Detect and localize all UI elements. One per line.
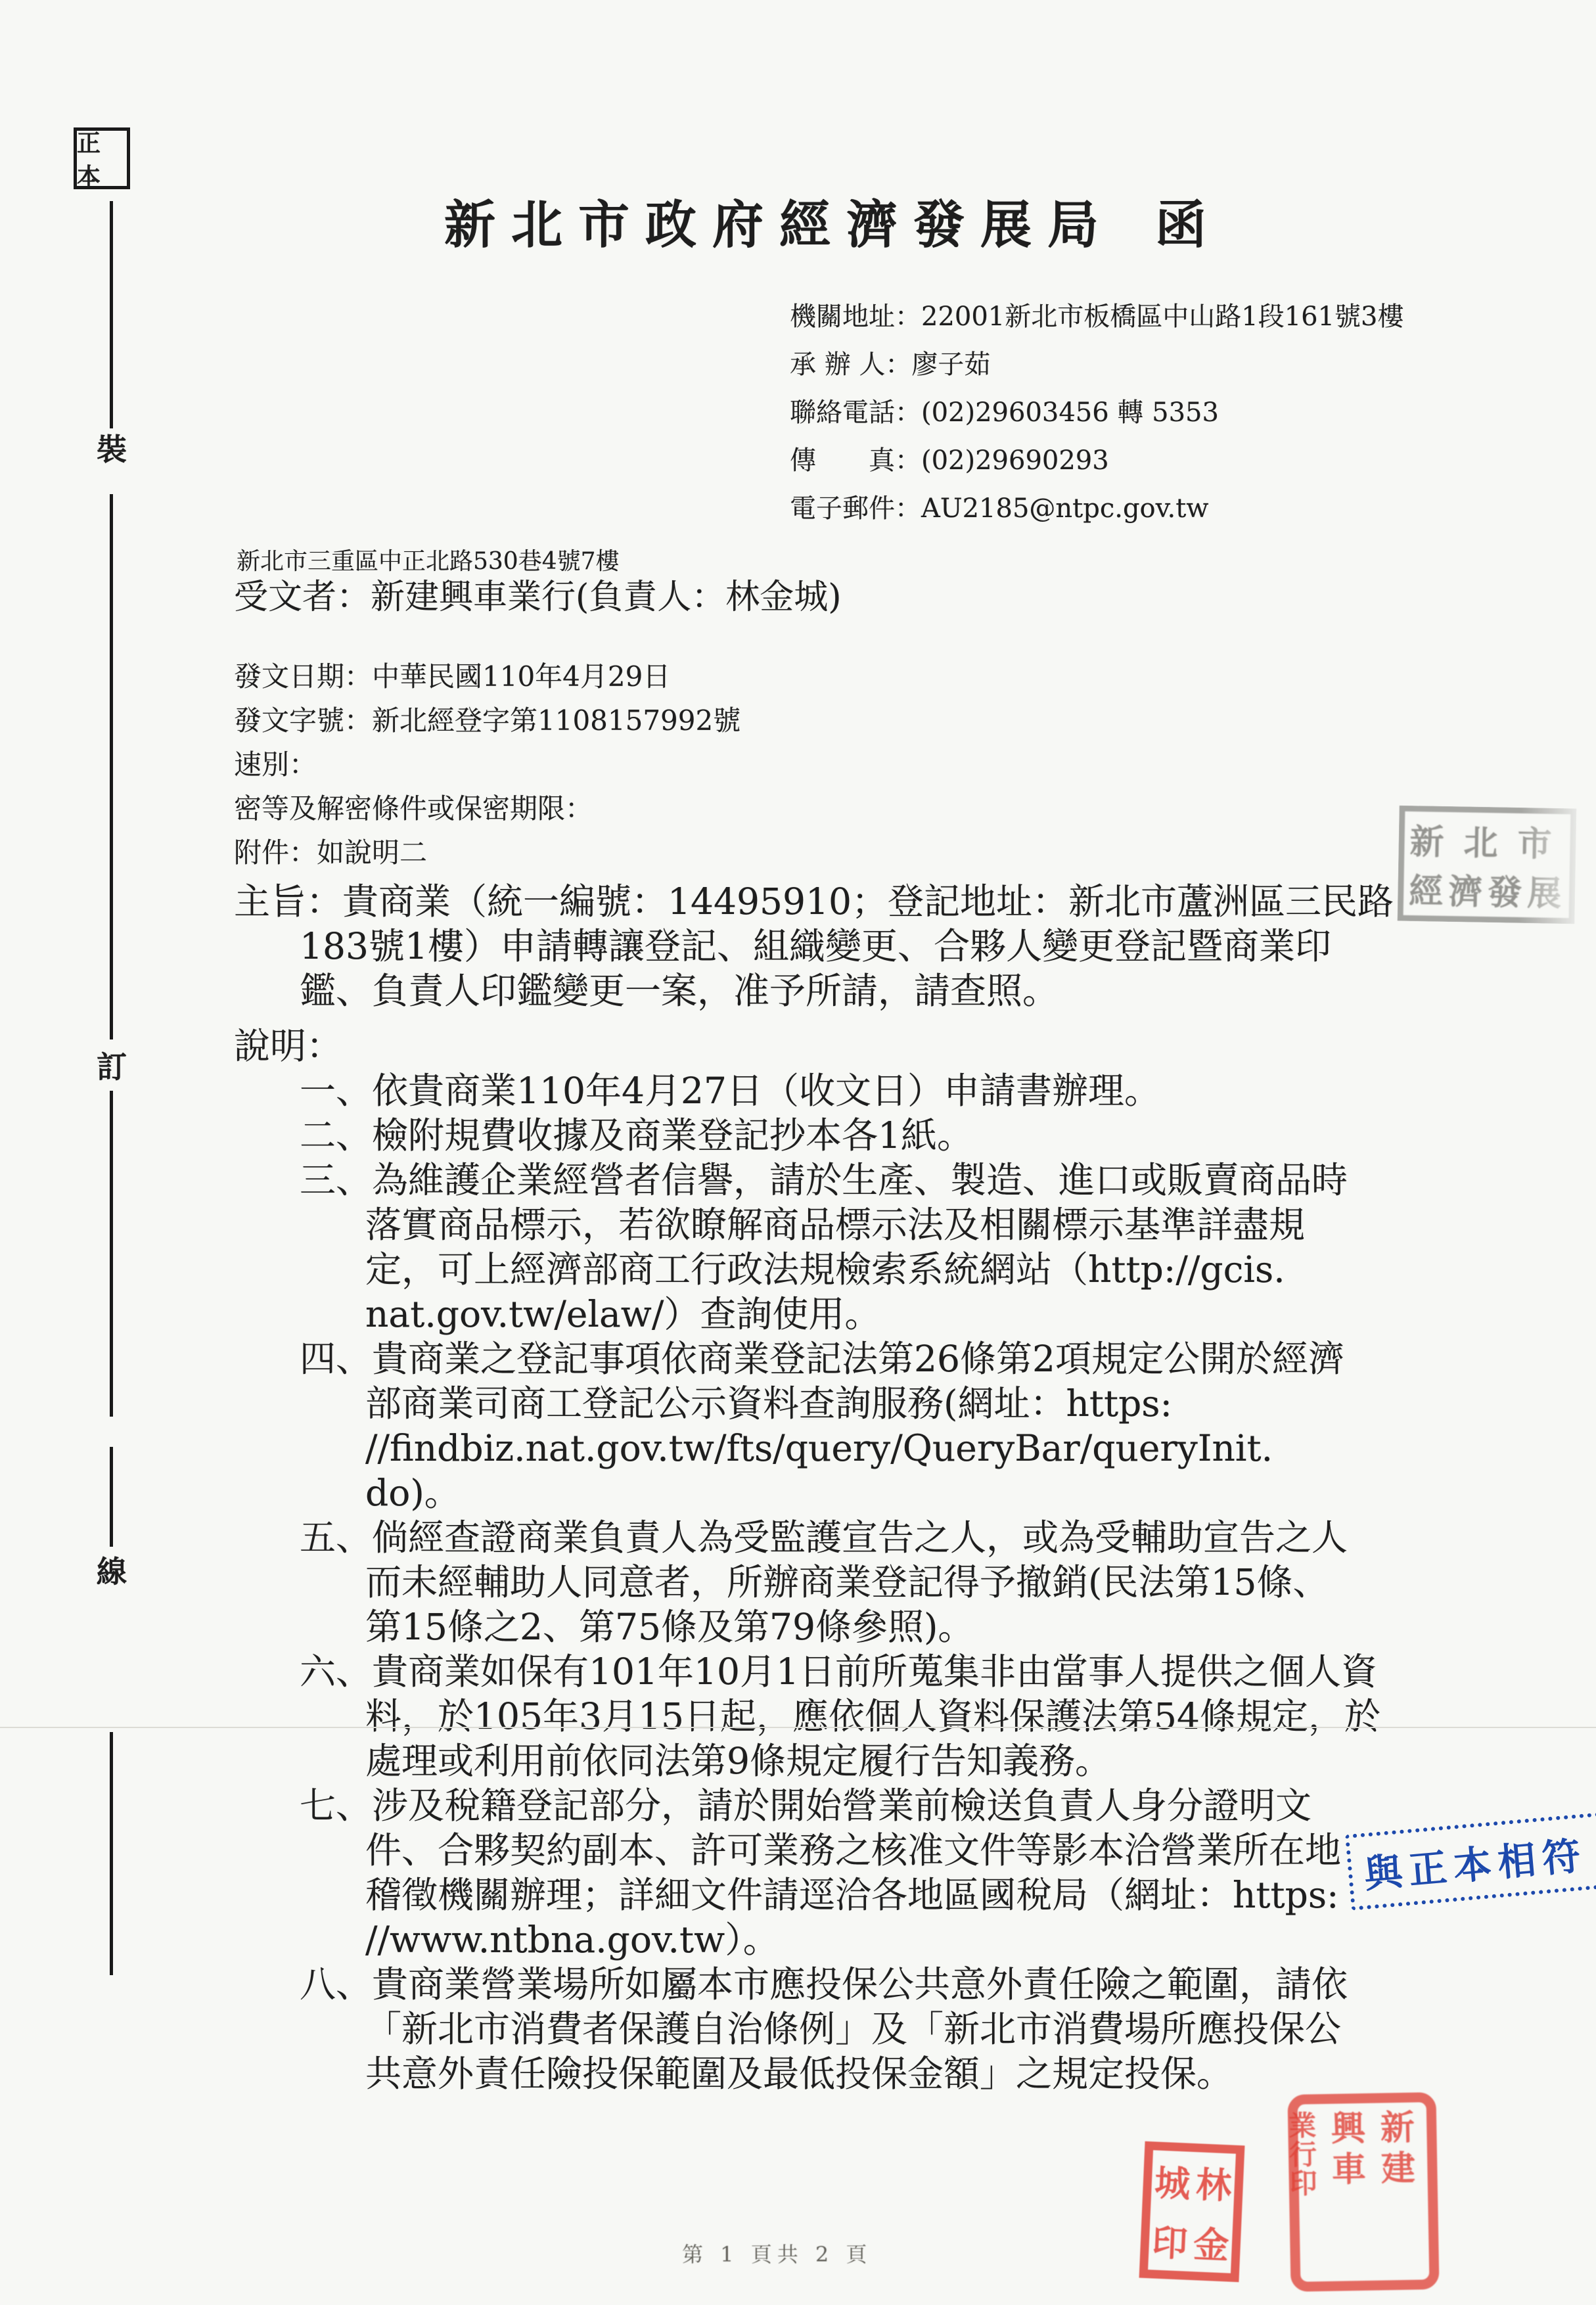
subject-line: 主旨：貴商業（統一編號：14495910；登記地址：新北市蘆洲區三民路	[234, 879, 1522, 924]
contact-line-officer: 承 辦 人：廖子茹	[790, 341, 1404, 389]
agency-seal-row: 經濟發展	[1409, 863, 1564, 915]
item-1-line: 一、依貴商業110年4月27日（收文日）申請書辦理。	[300, 1068, 1522, 1113]
item-5-line: 而未經輔助人同意者，所辦商業登記得予撤銷(民法第15條、	[365, 1560, 1522, 1605]
copy-type-label: 正本	[77, 125, 127, 192]
issuing-agency-name: 新北市政府經濟發展局	[444, 195, 1114, 255]
item-6-line: 六、貴商業如保有101年10月1日前所蒐集非由當事人提供之個人資	[300, 1649, 1522, 1694]
item-3-line: 三、為維護企業經營者信譽，請於生產、製造、進口或販賣商品時	[300, 1158, 1522, 1202]
business-seal-column: 興車	[1320, 2110, 1372, 2275]
contact-line-email: 電子郵件：AU2185@ntpc.gov.tw	[790, 485, 1404, 533]
document-type-char: 函	[1155, 195, 1222, 255]
item-8-line: 共意外責任險投保範圍及最低投保金額」之規定投保。	[365, 2051, 1522, 2096]
binding-margin-line-segment	[110, 1447, 113, 1547]
binding-label-ding: 訂	[92, 1043, 131, 1087]
body-block: 主旨：貴商業（統一編號：14495910；登記地址：新北市蘆洲區三民路 183號…	[234, 879, 1522, 2096]
page-footer: 第 1 頁共 2 頁	[682, 2238, 872, 2268]
contact-line-address: 機關地址：22001新北市板橋區中山路1段161號3樓	[790, 293, 1404, 341]
recipient-line: 受文者：新建興車業行(負責人：林金城)	[234, 569, 842, 618]
item-6-line: 料，於105年3月15日起，應依個人資料保護法第54條規定，於	[365, 1694, 1522, 1739]
binding-label-xian: 線	[92, 1548, 131, 1591]
binding-label-zhuang: 裝	[92, 426, 131, 469]
subject-line: 鑑、負責人印鑑變更一案，准予所請，請查照。	[300, 969, 1522, 1013]
contact-line-phone: 聯絡電話：(02)29603456 轉 5353	[790, 389, 1404, 437]
item-5-line: 第15條之2、第75條及第79條參照)。	[365, 1605, 1522, 1649]
item-3-line: 定，可上經濟部商工行政法規檢索系統網站（http://gcis.	[365, 1247, 1522, 1292]
copy-type-box: 正本	[74, 127, 130, 189]
item-3-line: 落實商品標示，若欲瞭解商品標示法及相關標示基準詳盡規	[365, 1202, 1522, 1247]
agency-seal-stamp: 新北市 經濟發展	[1397, 806, 1576, 924]
certified-copy-stamp-text: 與正本相符	[1361, 1824, 1589, 1898]
item-4-line: do)。	[365, 1471, 1522, 1515]
contact-line-fax: 傳 真：(02)29690293	[790, 437, 1404, 485]
item-7-line: 七、涉及稅籍登記部分，請於開始營業前檢送負責人身分證明文	[300, 1783, 1522, 1828]
meta-block: 發文日期：中華民國110年4月29日 發文字號：新北經登字第1108157992…	[234, 654, 741, 875]
document-title: 新北市政府經濟發展局函	[444, 184, 1222, 258]
personal-seal-char: 林	[1192, 2152, 1236, 2214]
business-seal-column: 新建	[1369, 2109, 1421, 2274]
item-8-line: 八、貴商業營業場所如屬本市應投保公共意外責任險之範圍，請依	[300, 1962, 1522, 2007]
scan-artifact-line	[0, 1727, 1596, 1728]
item-3-line: nat.gov.tw/elaw/）查詢使用。	[365, 1292, 1522, 1336]
meta-line-security: 密等及解密條件或保密期限：	[234, 787, 741, 831]
explanation-label: 說明：	[234, 1024, 1522, 1068]
agency-seal-row: 新北市	[1409, 814, 1565, 866]
meta-line-attachment: 附件：如說明二	[234, 831, 741, 875]
item-2-line: 二、檢附規費收據及商業登記抄本各1紙。	[300, 1113, 1522, 1158]
contact-block: 機關地址：22001新北市板橋區中山路1段161號3樓 承 辦 人：廖子茹 聯絡…	[790, 293, 1404, 533]
personal-seal-char: 城	[1151, 2150, 1195, 2212]
binding-margin-line-segment	[110, 494, 113, 1039]
item-8-line: 「新北市消費者保護自治條例」及「新北市消費場所應投保公	[365, 2007, 1522, 2051]
item-6-line: 處理或利用前依同法第9條規定履行告知義務。	[365, 1739, 1522, 1783]
personal-seal-char: 印	[1148, 2210, 1192, 2271]
item-4-line: 四、貴商業之登記事項依商業登記法第26條第2項規定公開於經濟	[300, 1336, 1522, 1381]
scanned-official-letter-page: 正本 裝 訂 線 新北市政府經濟發展局函 機關地址：22001新北市板橋區中山路…	[0, 0, 1596, 2305]
personal-seal-char: 金	[1189, 2212, 1233, 2273]
meta-line-ref-number: 發文字號：新北經登字第1108157992號	[234, 698, 741, 742]
binding-margin-line-segment	[110, 1091, 113, 1417]
item-4-line: 部商業司商工登記公示資料查詢服務(網址：https:	[365, 1381, 1522, 1426]
binding-margin-line-segment	[110, 1732, 113, 1975]
business-seal-column: 業行印	[1281, 2111, 1323, 2275]
personal-name-seal: 城 林 印 金	[1139, 2141, 1245, 2282]
binding-margin-line-segment	[110, 201, 113, 428]
item-7-line: //www.ntbna.gov.tw）。	[365, 1917, 1522, 1962]
item-4-line: //findbiz.nat.gov.tw/fts/query/QueryBar/…	[365, 1426, 1522, 1471]
item-5-line: 五、倘經查證商業負責人為受監護宣告之人，或為受輔助宣告之人	[300, 1515, 1522, 1560]
meta-line-priority: 速別：	[234, 742, 741, 787]
subject-line: 183號1樓）申請轉讓登記、組織變更、合夥人變更登記暨商業印	[300, 924, 1522, 969]
meta-line-issue-date: 發文日期：中華民國110年4月29日	[234, 654, 741, 698]
business-seal: 新建 興車 業行印	[1287, 2092, 1439, 2292]
